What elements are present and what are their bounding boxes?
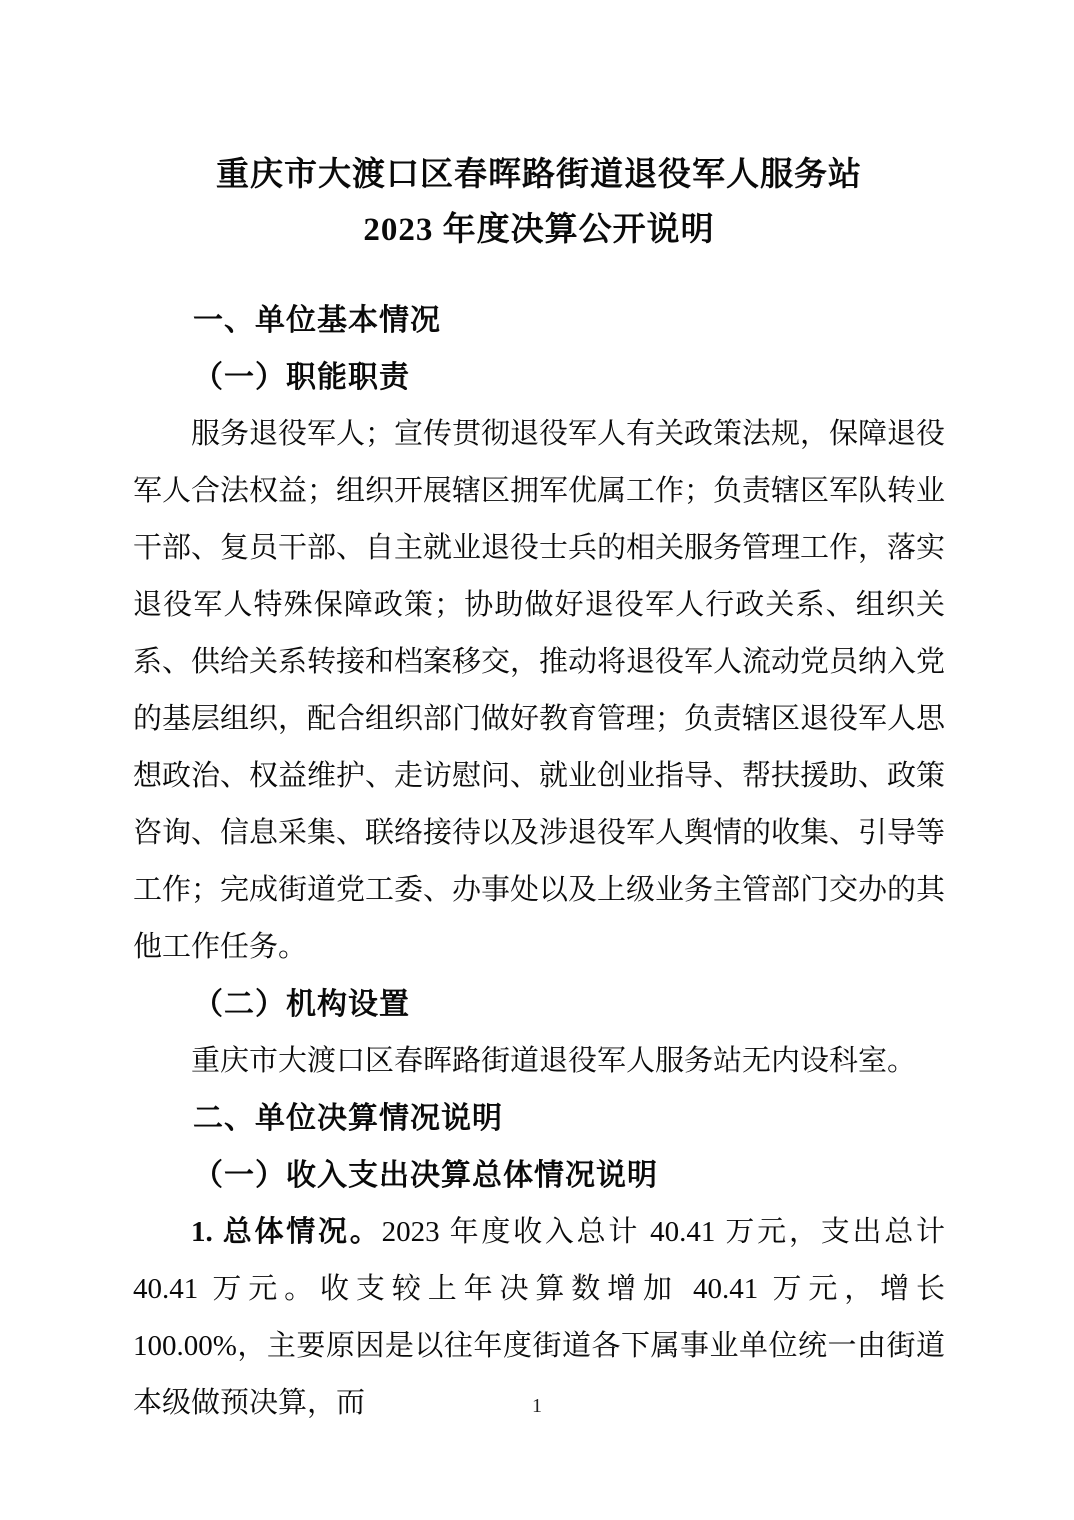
document-page: 重庆市大渡口区春晖路街道退役军人服务站 2023 年度决算公开说明 一、单位基本… (0, 0, 1074, 1520)
page-number: 1 (0, 1395, 1074, 1418)
paragraph-overall-lead: 1. 总体情况。 (191, 1216, 382, 1248)
document-title: 重庆市大渡口区春晖路街道退役军人服务站 2023 年度决算公开说明 (133, 148, 945, 258)
document-title-line2: 2023 年度决算公开说明 (133, 203, 945, 258)
subsection-heading-income-expenditure: （一）收入支出决算总体情况说明 (133, 1147, 945, 1204)
document-content: 重庆市大渡口区春晖路街道退役军人服务站 2023 年度决算公开说明 一、单位基本… (0, 148, 1074, 1432)
section-heading-basic-info: 一、单位基本情况 (133, 292, 945, 349)
subsection-heading-organization: （二）机构设置 (133, 976, 945, 1033)
subsection-heading-duties: （一）职能职责 (133, 349, 945, 406)
paragraph-organization: 重庆市大渡口区春晖路街道退役军人服务站无内设科室。 (133, 1033, 945, 1090)
paragraph-duties: 服务退役军人；宣传贯彻退役军人有关政策法规，保障退役军人合法权益；组织开展辖区拥… (133, 406, 945, 976)
section-heading-final-accounts: 二、单位决算情况说明 (133, 1090, 945, 1147)
document-title-line1: 重庆市大渡口区春晖路街道退役军人服务站 (133, 148, 945, 203)
